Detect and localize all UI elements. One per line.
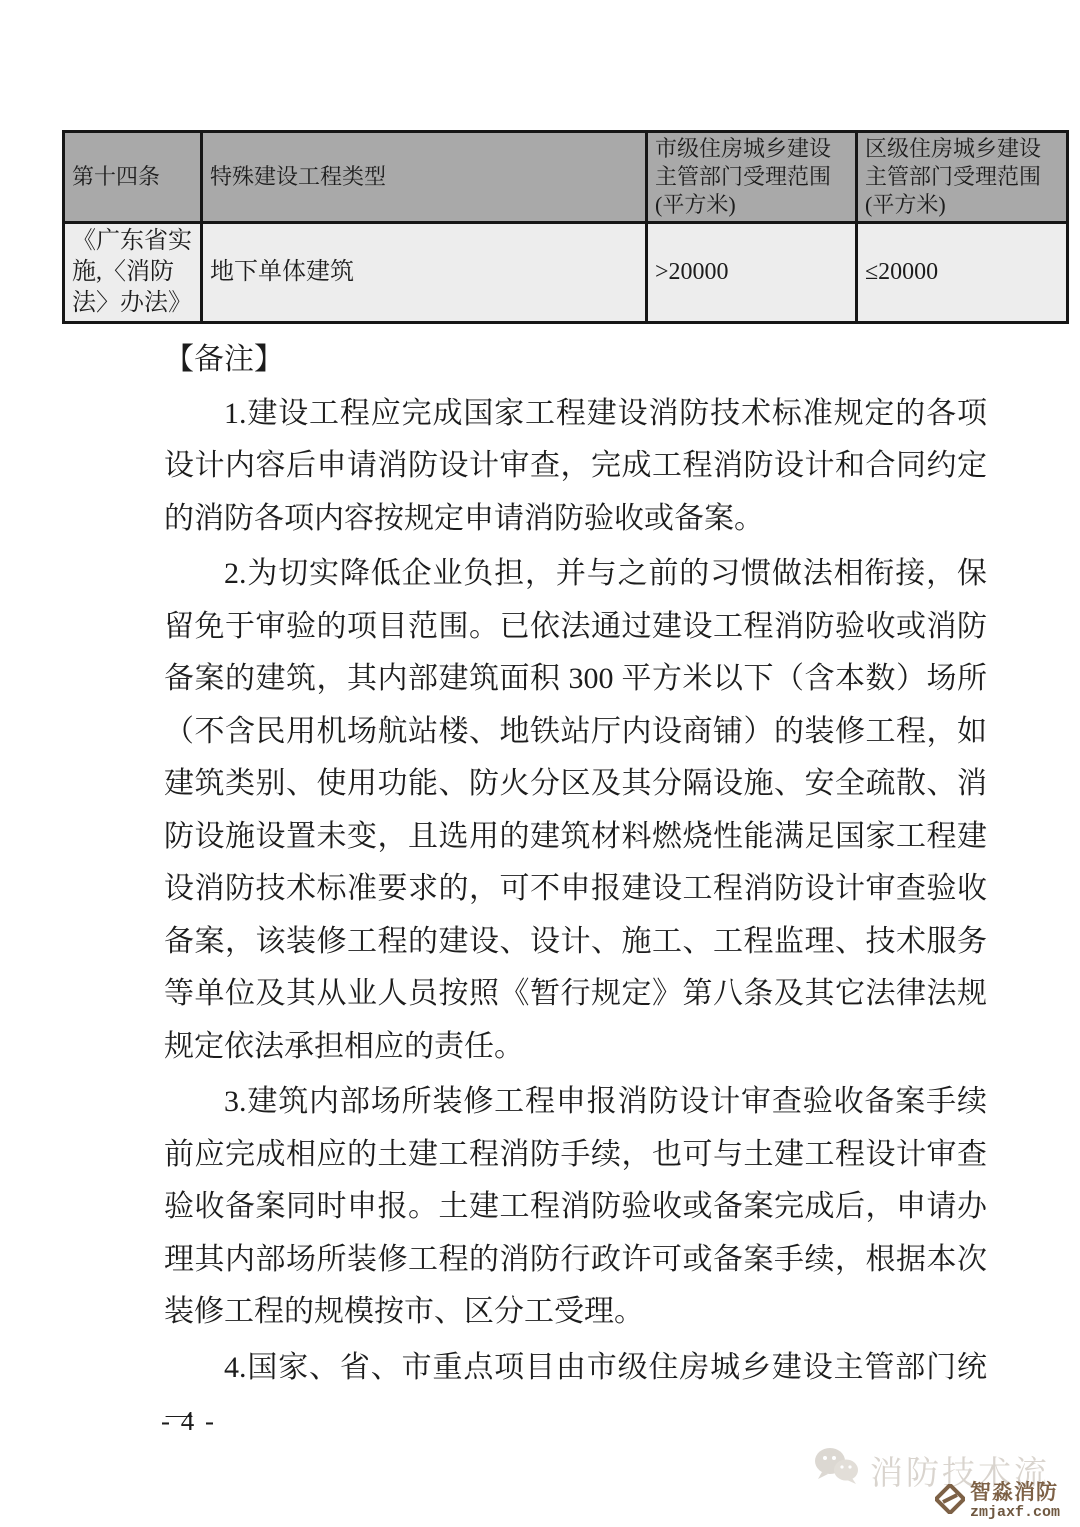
- notes-section: 【备注】 1.建设工程应完成国家工程建设消防技术标准规定的各项设计内容后申请消防…: [164, 334, 987, 1450]
- note-paragraph-1: 1.建设工程应完成国家工程建设消防技术标准规定的各项设计内容后申请消防设计审查，…: [164, 388, 987, 546]
- notes-title: 【备注】: [164, 334, 987, 387]
- cell-district-value: ≤20000: [857, 223, 1068, 323]
- cell-city-value: >20000: [647, 223, 857, 323]
- diamond-logo-icon: [935, 1484, 965, 1519]
- header-district-scope: 区级住房城乡建设主管部门受理范围(平方米): [857, 132, 1068, 223]
- brand-name: 智淼消防: [970, 1481, 1058, 1504]
- document-page: { "table": { "header_bg": "#a9a9a9", "ro…: [0, 0, 1080, 1527]
- brand-site: zmjaxf.com: [970, 1504, 1060, 1521]
- header-article: 第十四条: [64, 132, 202, 223]
- watermark: 消防技术流 智淼消防 zmjaxf.com: [810, 1445, 1068, 1521]
- header-project-type: 特殊建设工程类型: [202, 132, 647, 223]
- brand-text-block: 智淼消防 zmjaxf.com: [970, 1481, 1060, 1521]
- table-header-row: 第十四条 特殊建设工程类型 市级住房城乡建设主管部门受理范围(平方米) 区级住房…: [64, 132, 1068, 223]
- note-paragraph-3: 3.建筑内部场所装修工程申报消防设计审查验收备案手续前应完成相应的土建工程消防手…: [164, 1076, 987, 1339]
- page-number: - 4 -: [161, 1406, 216, 1437]
- header-city-scope: 市级住房城乡建设主管部门受理范围(平方米): [647, 132, 857, 223]
- wechat-icon: [810, 1445, 862, 1495]
- regulation-table: 第十四条 特殊建设工程类型 市级住房城乡建设主管部门受理范围(平方米) 区级住房…: [62, 130, 1069, 324]
- note-paragraph-4: 4.国家、省、市重点项目由市级住房城乡建设主管部门统一: [164, 1342, 987, 1447]
- cell-regulation-name: 《广东省实施,〈消防法〉办法》: [64, 223, 202, 323]
- brand-watermark: 智淼消防 zmjaxf.com: [935, 1481, 1060, 1521]
- cell-building-type: 地下单体建筑: [202, 223, 647, 323]
- note-paragraph-2: 2.为切实降低企业负担，并与之前的习惯做法相衔接，保留免于审验的项目范围。已依法…: [164, 548, 987, 1073]
- table-row: 《广东省实施,〈消防法〉办法》 地下单体建筑 >20000 ≤20000: [64, 223, 1068, 323]
